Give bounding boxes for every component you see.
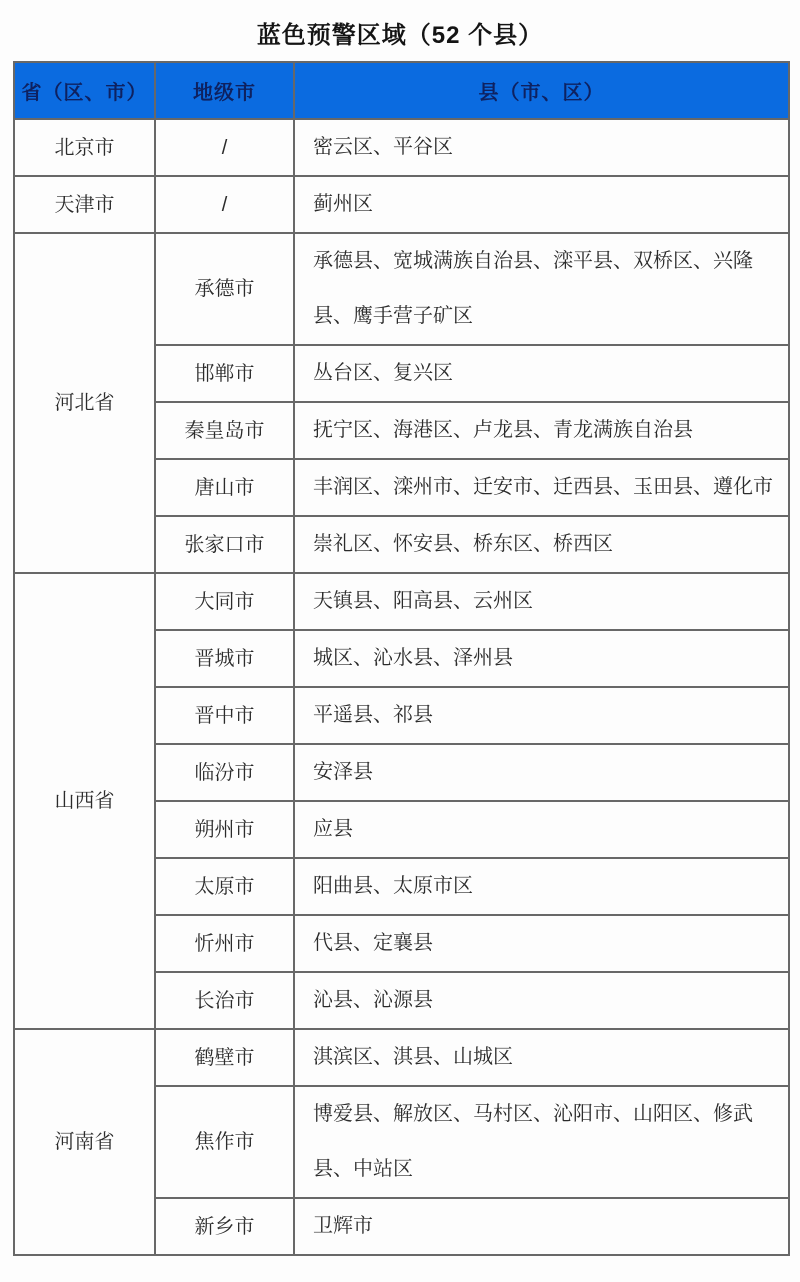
header-cell-city: 地级市: [155, 62, 294, 119]
city-cell: 朔州市: [155, 801, 294, 858]
counties-cell: 淇滨区、淇县、山城区: [294, 1029, 789, 1086]
province-cell: 山西省: [14, 573, 155, 1029]
table-row: 河北省承德市承德县、宽城满族自治县、滦平县、双桥区、兴隆县、鹰手营子矿区: [14, 233, 789, 345]
counties-cell: 安泽县: [294, 744, 789, 801]
city-cell: 太原市: [155, 858, 294, 915]
city-cell: 鹤壁市: [155, 1029, 294, 1086]
province-cell: 河南省: [14, 1029, 155, 1255]
table-row: 河南省鹤壁市淇滨区、淇县、山城区: [14, 1029, 789, 1086]
counties-cell: 应县: [294, 801, 789, 858]
counties-cell: 天镇县、阳高县、云州区: [294, 573, 789, 630]
header-cell-province: 省（区、市）: [14, 62, 155, 119]
page: 蓝色预警区域（52 个县） 省（区、市） 地级市 县（市、区） 北京市/密云区、…: [0, 0, 800, 1282]
city-cell: 张家口市: [155, 516, 294, 573]
counties-cell: 城区、沁水县、泽州县: [294, 630, 789, 687]
counties-cell: 蓟州区: [294, 176, 789, 233]
city-cell: 晋城市: [155, 630, 294, 687]
table-row: 北京市/密云区、平谷区: [14, 119, 789, 176]
header-cell-counties: 县（市、区）: [294, 62, 789, 119]
table-body: 北京市/密云区、平谷区天津市/蓟州区河北省承德市承德县、宽城满族自治县、滦平县、…: [14, 119, 789, 1255]
counties-cell: 沁县、沁源县: [294, 972, 789, 1029]
counties-cell: 阳曲县、太原市区: [294, 858, 789, 915]
header-row: 省（区、市） 地级市 县（市、区）: [14, 62, 789, 119]
city-cell: 秦皇岛市: [155, 402, 294, 459]
city-cell: 邯郸市: [155, 345, 294, 402]
city-cell: /: [155, 176, 294, 233]
counties-cell: 代县、定襄县: [294, 915, 789, 972]
province-cell: 天津市: [14, 176, 155, 233]
counties-cell: 抚宁区、海港区、卢龙县、青龙满族自治县: [294, 402, 789, 459]
city-cell: 新乡市: [155, 1198, 294, 1255]
table-header: 省（区、市） 地级市 县（市、区）: [14, 62, 789, 119]
counties-cell: 卫辉市: [294, 1198, 789, 1255]
table-row: 山西省大同市天镇县、阳高县、云州区: [14, 573, 789, 630]
counties-cell: 密云区、平谷区: [294, 119, 789, 176]
counties-cell: 博爱县、解放区、马村区、沁阳市、山阳区、修武县、中站区: [294, 1086, 789, 1198]
city-cell: 临汾市: [155, 744, 294, 801]
city-cell: 唐山市: [155, 459, 294, 516]
city-cell: /: [155, 119, 294, 176]
province-cell: 河北省: [14, 233, 155, 573]
page-title: 蓝色预警区域（52 个县）: [0, 0, 800, 61]
province-cell: 北京市: [14, 119, 155, 176]
warning-table: 省（区、市） 地级市 县（市、区） 北京市/密云区、平谷区天津市/蓟州区河北省承…: [13, 61, 790, 1256]
city-cell: 大同市: [155, 573, 294, 630]
counties-cell: 承德县、宽城满族自治县、滦平县、双桥区、兴隆县、鹰手营子矿区: [294, 233, 789, 345]
city-cell: 忻州市: [155, 915, 294, 972]
city-cell: 晋中市: [155, 687, 294, 744]
counties-cell: 丰润区、滦州市、迁安市、迁西县、玉田县、遵化市: [294, 459, 789, 516]
city-cell: 焦作市: [155, 1086, 294, 1198]
city-cell: 长治市: [155, 972, 294, 1029]
counties-cell: 丛台区、复兴区: [294, 345, 789, 402]
table-row: 天津市/蓟州区: [14, 176, 789, 233]
counties-cell: 平遥县、祁县: [294, 687, 789, 744]
counties-cell: 崇礼区、怀安县、桥东区、桥西区: [294, 516, 789, 573]
city-cell: 承德市: [155, 233, 294, 345]
